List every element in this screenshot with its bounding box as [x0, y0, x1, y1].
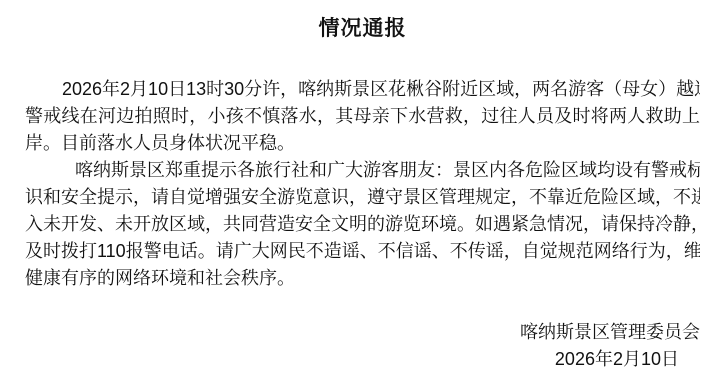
notice-paragraph-advisory: 喀纳斯景区郑重提示各旅行社和广大游客朋友：景区内各危险区域均设有警戒标 识和安全… [25, 157, 700, 292]
notice-line: 2026年2月10日13时30分许，喀纳斯景区花楸谷附近区域，两名游客（母女）越… [25, 76, 700, 103]
notice-line: 入未开发、未开放区域，共同营造安全文明的游览环境。如遇紧急情况，请保持冷静， [25, 211, 700, 238]
notice-line: 警戒线在河边拍照时，小孩不慎落水，其母亲下水营救，过往人员及时将两人救助上 [25, 103, 700, 130]
signature-date: 2026年2月10日 [25, 346, 700, 373]
signature-block: 喀纳斯景区管理委员会 2026年2月10日 [25, 319, 700, 373]
notice-line: 岸。目前落水人员身体状况平稳。 [25, 130, 700, 157]
notice-line: 及时拨打110报警电话。请广大网民不造谣、不信谣、不传谣，自觉规范网络行为，维护 [25, 238, 700, 265]
notice-paragraph-incident: 2026年2月10日13时30分许，喀纳斯景区花楸谷附近区域，两名游客（母女）越… [25, 76, 700, 157]
notice-body: 2026年2月10日13时30分许，喀纳斯景区花楸谷附近区域，两名游客（母女）越… [25, 76, 700, 292]
notice-line: 喀纳斯景区郑重提示各旅行社和广大游客朋友：景区内各危险区域均设有警戒标 [25, 157, 700, 184]
notice-page: 情况通报 2026年2月10日13时30分许，喀纳斯景区花楸谷附近区域，两名游客… [0, 0, 725, 383]
notice-title: 情况通报 [25, 16, 700, 41]
signature-org: 喀纳斯景区管理委员会 [25, 319, 700, 346]
notice-line: 识和安全提示，请自觉增强安全游览意识，遵守景区管理规定，不靠近危险区域，不进 [25, 184, 700, 211]
notice-line: 健康有序的网络环境和社会秩序。 [25, 265, 700, 292]
